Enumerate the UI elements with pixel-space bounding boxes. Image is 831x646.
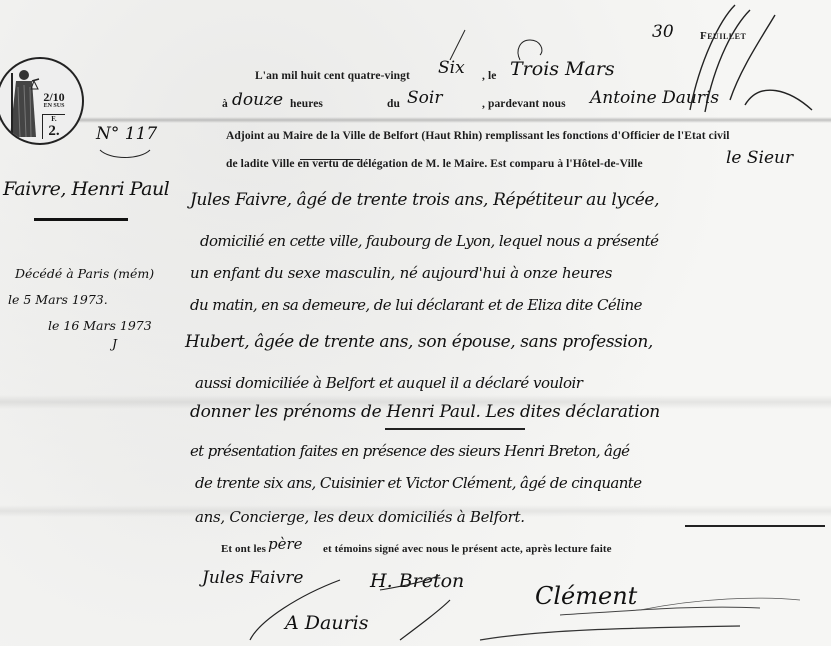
printed-pardevant: , pardevant nous <box>482 98 566 110</box>
stamp-value-box: F. 2. <box>42 114 65 139</box>
hand-officer-name: Antoine Dauris <box>590 88 719 108</box>
hand-date: Trois Mars <box>510 58 615 80</box>
printed-du: du <box>387 98 400 110</box>
hand-le-sieur: le Sieur <box>726 148 793 168</box>
body-line: ans, Concierge, les deux domiciliés à Be… <box>195 508 525 526</box>
printed-adjoint-line: Adjoint au Maire de la Ville de Belfort … <box>226 130 730 142</box>
body-line: Jules Faivre, âgé de trente trois ans, R… <box>190 190 659 210</box>
signature-officer: A Dauris <box>285 612 368 634</box>
printed-delegation-line: de ladite Ville en vertu de délégation d… <box>226 158 643 170</box>
en-vertu-underline <box>300 159 360 160</box>
line-closing-rule <box>685 525 825 527</box>
margin-death-note-1: Décédé à Paris (mém) <box>15 266 154 281</box>
body-line: du matin, en sa demeure, de lui déclaran… <box>190 296 642 314</box>
printed-year-prefix: L'an mil huit cent quatre-vingt <box>255 70 410 82</box>
justice-figure-icon <box>6 67 40 141</box>
body-line: donner les prénoms de Henri Paul. Les di… <box>190 402 660 422</box>
hand-period: Soir <box>407 88 442 108</box>
signature-witness-clement: Clément <box>535 582 637 610</box>
margin-subject-name: Faivre, Henri Paul <box>3 178 169 200</box>
hand-pere: père <box>268 535 303 553</box>
margin-death-note-2: le 5 Mars 1973. <box>8 292 108 307</box>
printed-et-ont-les: Et ont les <box>221 543 266 555</box>
hand-hour: douze <box>232 90 283 110</box>
body-line: domicilié en cette ville, faubourg de Ly… <box>200 232 658 250</box>
printed-heures: heures <box>290 98 323 110</box>
body-line: de trente six ans, Cuisinier et Victor C… <box>195 474 642 492</box>
body-line: un enfant du sexe masculin, né aujourd'h… <box>190 264 612 282</box>
scanned-register-page: 2/10 EN SUS F. 2. 30 Feuillet N° 117 Fai… <box>0 0 831 646</box>
fiscal-stamp-icon: 2/10 EN SUS F. 2. <box>0 57 84 145</box>
signature-father: Jules Faivre <box>202 568 303 588</box>
hand-year: Six <box>438 58 465 78</box>
stamp-value-top: 2/10 EN SUS <box>42 92 66 110</box>
folio-label: Feuillet <box>700 30 746 42</box>
margin-name-underline <box>34 218 128 221</box>
printed-a: à <box>222 98 228 110</box>
body-line: aussi domiciliée à Belfort et auquel il … <box>195 374 582 392</box>
signature-witness-breton: H. Breton <box>370 570 464 592</box>
margin-initial: J <box>112 336 117 351</box>
printed-le: , le <box>482 70 496 82</box>
printed-temoins-signe: et témoins signé avec nous le présent ac… <box>323 543 612 555</box>
paper-fold-shadow <box>0 117 831 123</box>
henri-paul-underline <box>385 428 525 430</box>
body-line: Hubert, âgée de trente ans, son épouse, … <box>185 332 653 352</box>
margin-death-note-3: le 16 Mars 1973 <box>48 318 152 333</box>
body-line: et présentation faites en présence des s… <box>190 442 629 460</box>
record-number: N° 117 <box>96 124 157 144</box>
folio-number: 30 <box>652 22 674 42</box>
